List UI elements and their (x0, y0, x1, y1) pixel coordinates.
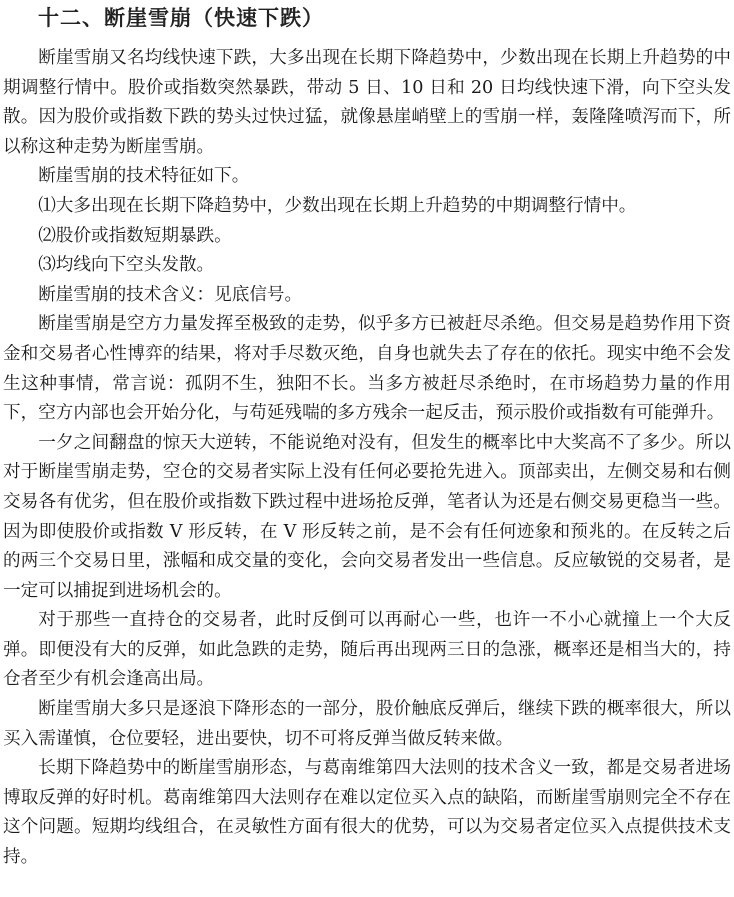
book-page: 十二、断崖雪崩（快速下跌） 断崖雪崩又名均线快速下跌，大多出现在长期下降趋势中，… (0, 0, 734, 897)
paragraph-granville-rule: 长期下降趋势中的断崖雪崩形态，与葛南维第四大法则的技术含义一致，都是交易者进场博… (3, 754, 731, 872)
paragraph-features-intro: 断崖雪崩的技术特征如下。 (3, 162, 731, 192)
paragraph-meaning: 断崖雪崩的技术含义：见底信号。 (3, 281, 731, 311)
section-heading: 十二、断崖雪崩（快速下跌） (38, 2, 324, 32)
paragraph-empty-position-advice: 一夕之间翻盘的惊天大逆转，不能说绝对没有，但发生的概率比中大奖高不了多少。所以对… (3, 429, 731, 607)
paragraph-definition: 断崖雪崩又名均线快速下跌，大多出现在长期下降趋势中，少数出现在长期上升趋势的中期… (3, 44, 731, 162)
section-body: 断崖雪崩又名均线快速下跌，大多出现在长期下降趋势中，少数出现在长期上升趋势的中期… (3, 44, 731, 873)
list-item-feature-3: ⑶均线向下空头发散。 (3, 251, 731, 281)
list-item-feature-2: ⑵股价或指数短期暴跌。 (3, 222, 731, 252)
list-item-feature-1: ⑴大多出现在长期下降趋势中，少数出现在长期上升趋势的中期调整行情中。 (3, 192, 731, 222)
paragraph-analysis: 断崖雪崩是空方力量发挥至极致的走势，似乎多方已被赶尽杀绝。但交易是趋势作用下资金… (3, 310, 731, 428)
paragraph-holding-advice: 对于那些一直持仓的交易者，此时反倒可以再耐心一些，也许一不小心就撞上一个大反弹。… (3, 606, 731, 695)
paragraph-caution: 断崖雪崩大多只是逐浪下降形态的一部分，股价触底反弹后，继续下跌的概率很大，所以买… (3, 695, 731, 754)
